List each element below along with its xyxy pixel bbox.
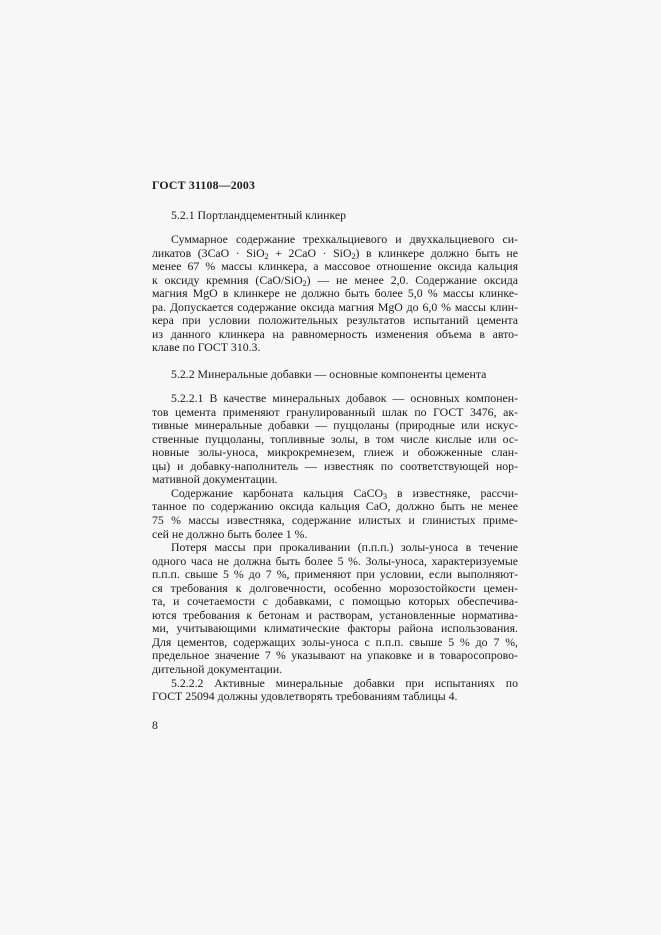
- document-header: ГОСТ 31108—2003: [152, 179, 518, 193]
- text-line: ликатов (3CaO · SiO2 + 2CaO · SiO2) в кл…: [152, 247, 518, 261]
- text-line: мативной документации.: [152, 473, 518, 487]
- text-line: из данного клинкера на равномерность изм…: [152, 328, 518, 342]
- text-line: 75 % массы известняка, содержание илисты…: [152, 514, 518, 528]
- text-line: сей не должно быть более 1 %.: [152, 528, 518, 542]
- text-line: клаве по ГОСТ 310.3.: [152, 341, 518, 355]
- text-line: п.п.п. свыше 5 % до 7 %, применяют при у…: [152, 568, 518, 582]
- text-line: кера при условии положительных результат…: [152, 314, 518, 328]
- section-heading: 5.2.1 Портландцементный клинкер: [152, 209, 518, 223]
- section-heading: 5.2.2 Минеральные добавки — основные ком…: [152, 368, 518, 382]
- document-page: ГОСТ 31108—2003 5.2.1 Портландцементный …: [0, 0, 661, 935]
- text-line: тивные минеральные добавки — пуццоланы (…: [152, 419, 518, 433]
- text-line: одного часа не должна быть более 5 %. Зо…: [152, 555, 518, 569]
- paragraph: 5.2.2.2 Активные минеральные добавки при…: [152, 677, 518, 704]
- document-blocks: 5.2.1 Портландцементный клинкерСуммарное…: [152, 209, 518, 704]
- text-line: тов цемента применяют гранулированный шл…: [152, 406, 518, 420]
- paragraph: 5.2.2.1 В качестве минеральных добавок —…: [152, 392, 518, 487]
- paragraph: Содержание карбоната кальция CaCO3 в изв…: [152, 487, 518, 541]
- text-line: предельное значение 7 % указывают на упа…: [152, 649, 518, 663]
- document-content: ГОСТ 31108—2003 5.2.1 Портландцементный …: [152, 179, 518, 732]
- text-line: 5.2.2.1 В качестве минеральных добавок —…: [152, 392, 518, 406]
- text-line: новные золы-уноса, микрокремнезем, глиеж…: [152, 446, 518, 460]
- text-line: цы) и добавку-наполнитель — известняк по…: [152, 460, 518, 474]
- text-line: Потеря массы при прокаливании (п.п.п.) з…: [152, 541, 518, 555]
- text-line: ми, учитывающими климатические факторы р…: [152, 622, 518, 636]
- text-line: ра. Допускается содержание оксида магния…: [152, 301, 518, 315]
- paragraph: Потеря массы при прокаливании (п.п.п.) з…: [152, 541, 518, 676]
- text-line: 5.2.2.2 Активные минеральные добавки при…: [152, 677, 518, 691]
- paragraph: Суммарное содержание трехкальциевого и д…: [152, 233, 518, 355]
- text-line: магния MgO в клинкере не должно быть бол…: [152, 287, 518, 301]
- text-line: к оксиду кремния (CaO/SiO2) — не менее 2…: [152, 274, 518, 288]
- text-line: дительной документации.: [152, 663, 518, 677]
- text-line: Содержание карбоната кальция CaCO3 в изв…: [152, 487, 518, 501]
- text-line: ГОСТ 25094 должны удовлетворять требован…: [152, 690, 518, 704]
- text-line: та, и сочетаемости с добавками, с помощь…: [152, 595, 518, 609]
- text-line: ственные пуццоланы, топливные золы, в то…: [152, 433, 518, 447]
- text-line: Суммарное содержание трехкальциевого и д…: [152, 233, 518, 247]
- page-number: 8: [152, 719, 518, 733]
- text-line: ся требования к долговечности, особенно …: [152, 582, 518, 596]
- text-line: танное по содержанию оксида кальция CaO,…: [152, 500, 518, 514]
- text-line: менее 67 % массы клинкера, а массовое от…: [152, 260, 518, 274]
- text-line: ются требования к бетонам и растворам, у…: [152, 609, 518, 623]
- text-line: Для цементов, содержащих золы-уноса с п.…: [152, 636, 518, 650]
